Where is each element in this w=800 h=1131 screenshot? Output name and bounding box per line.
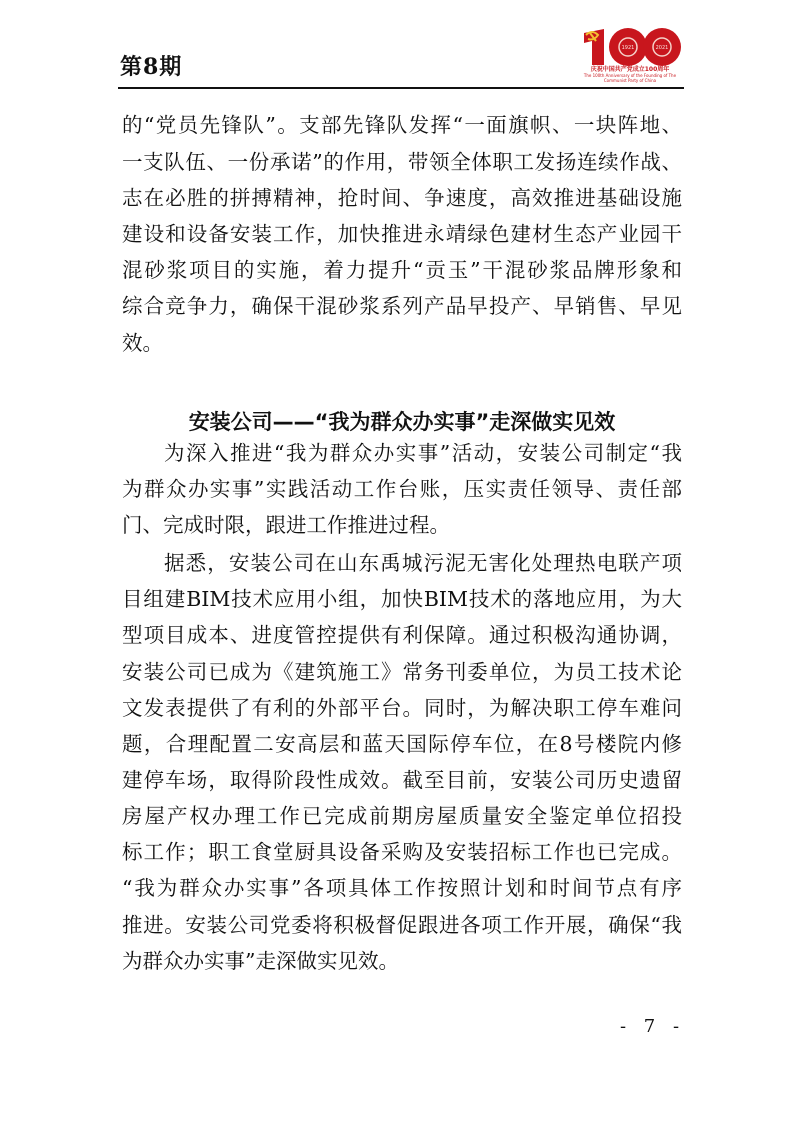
text-line: 志在必胜的拼搏精神，抢时间、争速度，高效推进基础设施 xyxy=(122,186,682,210)
issue-number: 第8期 xyxy=(120,50,182,81)
text-line: 推进。安装公司党委将积极督促跟进各项工作开展，确保“我 xyxy=(122,913,682,937)
text-line: 为深入推进“我为群众办实事”活动，安装公司制定“我 xyxy=(164,441,682,465)
text-line: 安装公司已成为《建筑施工》常务刊委单位，为员工技术论 xyxy=(122,660,682,684)
logo-tagline-en: The 100th Anniversary of the Founding of… xyxy=(578,73,682,83)
text-line: 文发表提供了有利的外部平台。同时，为解决职工停车难问 xyxy=(122,696,682,720)
text-line: 建停车场，取得阶段性成效。截至目前，安装公司历史遗留 xyxy=(122,768,682,792)
svg-text:2021: 2021 xyxy=(656,45,669,51)
text-line: 题，合理配置二安高层和蓝天国际停车位，在8号楼院内修 xyxy=(122,732,682,756)
logo-tagline-cn: 庆祝中国共产党成立100周年 xyxy=(578,66,682,73)
text-line: 目组建BIM技术应用小组，加快BIM技术的落地应用，为大 xyxy=(122,587,682,611)
text-line: 效。 xyxy=(122,331,682,355)
text-line: 房屋产权办理工作已完成前期房屋质量安全鉴定单位招投 xyxy=(122,804,682,828)
header-rule xyxy=(118,87,684,89)
text-line: 标工作；职工食堂厨具设备采购及安装招标工作也已完成。 xyxy=(122,840,682,864)
text-line: 为群众办实事”实践活动工作台账，压实责任领导、责任部 xyxy=(122,477,682,501)
text-line: 的“党员先锋队”。支部先锋队发挥“一面旗帜、一块阵地、 xyxy=(122,113,682,137)
page-number: - 7 - xyxy=(620,1016,685,1037)
text-line: “我为群众办实事”各项具体工作按照计划和时间节点有序 xyxy=(122,876,682,900)
text-line: 建设和设备安装工作，加快推进永靖绿色建材生态产业园干 xyxy=(122,222,682,246)
section-heading: 安装公司——“我为群众办实事”走深做实见效 xyxy=(122,406,682,436)
text-line: 混砂浆项目的实施，着力提升“贡玉”干混砂浆品牌形象和 xyxy=(122,258,682,282)
text-line: 为群众办实事”走深做实见效。 xyxy=(122,949,682,973)
text-line: 型项目成本、进度管控提供有利保障。通过积极沟通协调， xyxy=(122,623,682,647)
text-line: 据悉，安装公司在山东禹城污泥无害化处理热电联产项 xyxy=(164,551,682,575)
hammer-sickle-icon: 1921 2021 xyxy=(578,27,682,67)
document-page: 第8期 1921 2021 庆祝中国共产党成立100周年 The 100th A… xyxy=(0,0,800,1131)
text-line: 一支队伍、一份承诺”的作用，带领全体职工发扬连续作战、 xyxy=(122,150,682,174)
text-line: 门、完成时限，跟进工作推进过程。 xyxy=(122,513,682,537)
svg-text:1921: 1921 xyxy=(622,45,635,51)
text-line: 综合竞争力，确保干混砂浆系列产品早投产、早销售、早见 xyxy=(122,294,682,318)
